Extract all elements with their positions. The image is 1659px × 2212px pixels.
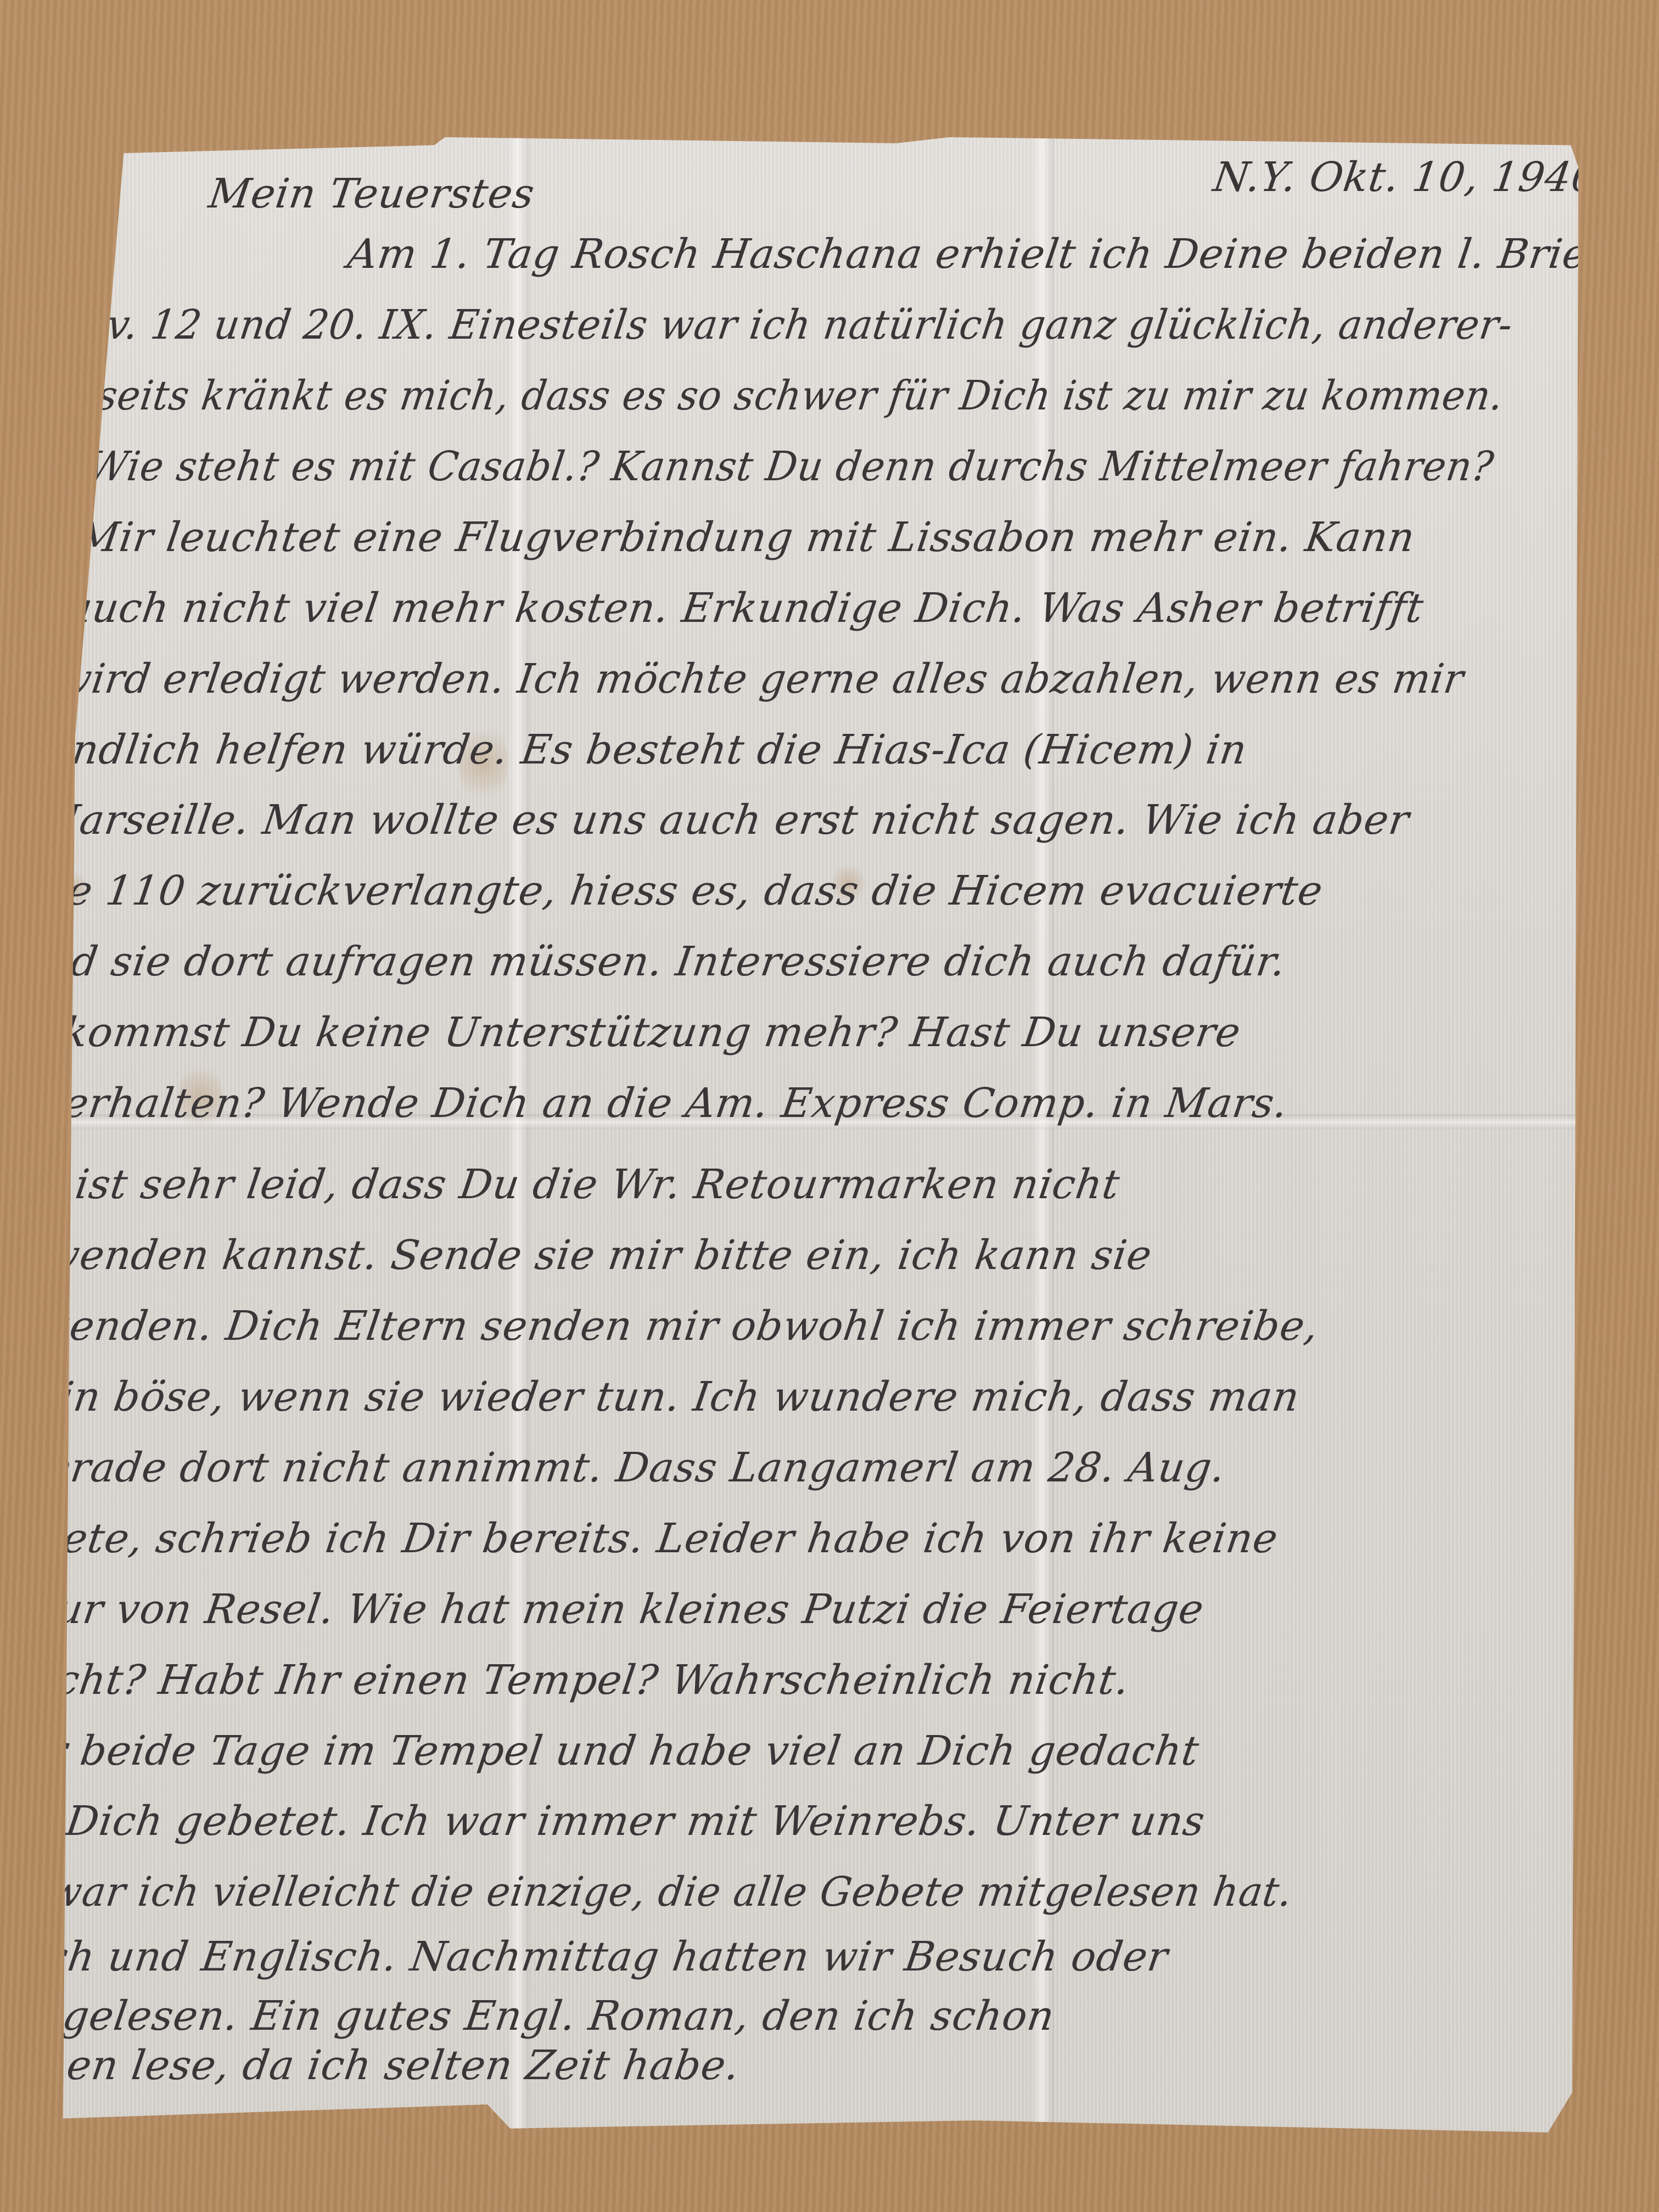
- letter-line: und sie dort aufragen müssen. Interessie…: [10, 938, 1289, 1017]
- letter-line: v. 12 und 20. IX. Einesteils war ich nat…: [100, 301, 1516, 380]
- letter-line: Post nur von Resel. Wie hat mein kleines…: [0, 1586, 1207, 1664]
- letter-line: auch nicht viel mehr kosten. Erkundige D…: [60, 585, 1427, 663]
- letter-line: Bekommst Du keine Unterstützung mehr? Ha…: [1, 1009, 1244, 1087]
- letter-line: Wie steht es mit Casabl.? Kannst Du denn…: [80, 443, 1497, 521]
- letter-line: verbracht? Habt Ihr einen Tempel? Wahrsc…: [0, 1657, 1133, 1735]
- letter-line: die 110 zurückverlangte, hiess es, dass …: [20, 867, 1326, 946]
- letter-line: und für Dich gebetet. Ich war immer mit …: [0, 1798, 1208, 1876]
- letter-date: N.Y. Okt. 10, 1940: [1210, 154, 1601, 201]
- letter-line: Am 1. Tag Rosch Haschana erhielt ich Dei…: [340, 231, 1631, 309]
- letter-line: Ich war beide Tage im Tempel und habe vi…: [0, 1727, 1202, 1806]
- letter-line: ich bin böse, wenn sie wieder tun. Ich w…: [0, 1373, 1303, 1452]
- letter-line: verwenden. Dich Eltern senden mir obwohl…: [0, 1303, 1321, 1381]
- letter-line: verwenden kannst. Sende sie mir bitte ei…: [0, 1232, 1155, 1310]
- letter-line: sie gerade dort nicht annimmt. Dass Lang…: [0, 1444, 1229, 1523]
- letter-line: endlich helfen würde. Es besteht die Hia…: [40, 726, 1250, 805]
- letter-line: seits kränkt es mich, dass es so schwer …: [90, 372, 1507, 451]
- letter-line: heiratete, schrieb ich Dir bereits. Leid…: [0, 1515, 1281, 1593]
- salutation: Mein Teuerstes: [206, 170, 537, 217]
- letter-line: 20 erhalten? Wende Dich an die Am. Expre…: [0, 1080, 1291, 1158]
- letter-paper: Mein Teuerstes N.Y. Okt. 10, 1940 Am 1. …: [63, 137, 1578, 2132]
- letter-line: Mir ist sehr leid, dass Du die Wr. Retou…: [0, 1161, 1123, 1239]
- letter-line: seit Wochen lese, da ich selten Zeit hab…: [0, 2042, 743, 2120]
- letter-line: Marseille. Man wollte es uns auch erst n…: [30, 796, 1413, 875]
- letter-line: Mir leuchtet eine Flugverbindung mit Lis…: [70, 514, 1418, 592]
- letter-line: wird erledigt werden. Ich möchte gerne a…: [50, 655, 1467, 734]
